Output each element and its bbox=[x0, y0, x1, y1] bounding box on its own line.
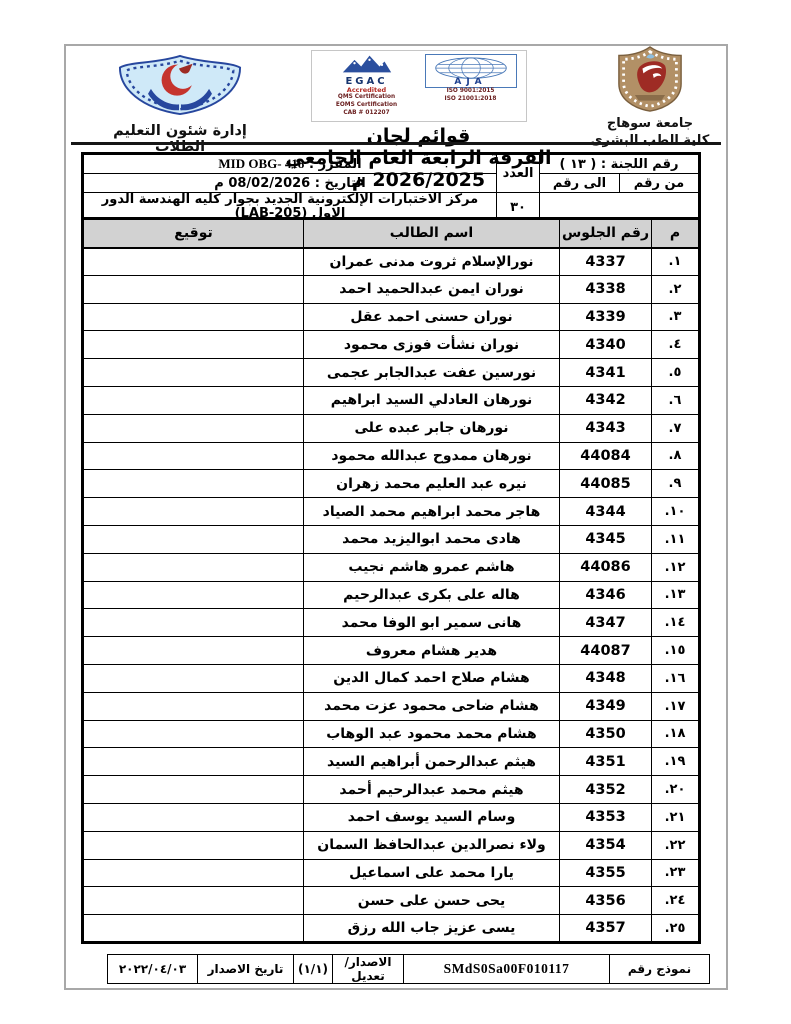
student-name-cell: نوران ايمن عبدالحميد احمد bbox=[304, 275, 560, 303]
signature-cell bbox=[83, 803, 304, 831]
student-name-cell: هيثم عبدالرحمن أبراهيم السيد bbox=[304, 748, 560, 776]
table-row: ٦.4342نورهان العادلي السيد ابراهيم bbox=[83, 386, 700, 414]
aja-globe-box: AJA bbox=[425, 54, 517, 88]
table-row: ١٣.4346هاله على بكرى عبدالرحيم bbox=[83, 581, 700, 609]
student-name-cell: يحى حسن على حسن bbox=[304, 887, 560, 915]
form-footer-table: نموذج رقم SMdS0Sa00F010117 الاصدار/تعديل… bbox=[107, 954, 710, 984]
course-cell: المقرر : MID OBG- 418 bbox=[83, 154, 497, 174]
student-rows: ١.4337نورالإسلام ثروت مدنى عمران٢.4338نو… bbox=[83, 248, 700, 943]
course-label: المقرر : bbox=[309, 157, 362, 172]
student-name-cell: نورسين عفت عبدالجابر عجمى bbox=[304, 359, 560, 387]
version-label: الاصدار/تعديل bbox=[333, 955, 404, 984]
student-name-cell: ولاء نصرالدين عبدالحافظ السمان bbox=[304, 831, 560, 859]
table-row: ٢١.4353وسام السيد يوسف احمد bbox=[83, 803, 700, 831]
index-cell: ٥. bbox=[652, 359, 700, 387]
table-row: ١٧.4349هشام ضاحى محمود عزت محمد bbox=[83, 692, 700, 720]
header-department-block: إدارة شئون التعليم الطلاب bbox=[92, 54, 268, 155]
course-value: MID OBG- 418 bbox=[218, 156, 304, 171]
col-header-student-name: اسم الطالب bbox=[304, 219, 560, 248]
signature-cell bbox=[83, 442, 304, 470]
index-cell: ١٠. bbox=[652, 498, 700, 526]
index-cell: ٢١. bbox=[652, 803, 700, 831]
index-cell: ١. bbox=[652, 248, 700, 276]
header-divider bbox=[71, 142, 721, 145]
index-cell: ١٦. bbox=[652, 664, 700, 692]
header-university-block: جامعة سوهاج كلية الطب البشرى bbox=[588, 46, 712, 150]
index-cell: ٧. bbox=[652, 414, 700, 442]
seat-number-cell: 4343 bbox=[560, 414, 652, 442]
signature-cell bbox=[83, 664, 304, 692]
signature-cell bbox=[83, 887, 304, 915]
table-row: ٢٢.4354ولاء نصرالدين عبدالحافظ السمان bbox=[83, 831, 700, 859]
table-row: ٢٥.4357يسى عزيز جاب الله رزق bbox=[83, 915, 700, 943]
seat-number-cell: 4352 bbox=[560, 776, 652, 804]
table-row: ١٦.4348هشام صلاح احمد كمال الدين bbox=[83, 664, 700, 692]
signature-cell bbox=[83, 331, 304, 359]
university-shield-icon bbox=[613, 97, 687, 116]
seat-number-cell: 44085 bbox=[560, 470, 652, 498]
table-row: ١٩.4351هيثم عبدالرحمن أبراهيم السيد bbox=[83, 748, 700, 776]
col-header-seat-number: رقم الجلوس bbox=[560, 219, 652, 248]
seat-number-cell: 4353 bbox=[560, 803, 652, 831]
egac-accredited-label: Accredited bbox=[321, 86, 413, 94]
seat-number-cell: 4344 bbox=[560, 498, 652, 526]
index-cell: ٤. bbox=[652, 331, 700, 359]
student-name-cell: هاله على بكرى عبدالرحيم bbox=[304, 581, 560, 609]
seat-number-cell: 44087 bbox=[560, 637, 652, 665]
faculty-of-medicine-logo-icon bbox=[113, 101, 247, 120]
table-row: ٤.4340نوران نشأت فوزى محمود bbox=[83, 331, 700, 359]
student-name-cell: يارا محمد على اسماعيل bbox=[304, 859, 560, 887]
student-name-cell: هشام محمد محمود عبد الوهاب bbox=[304, 720, 560, 748]
student-name-cell: وسام السيد يوسف احمد bbox=[304, 803, 560, 831]
student-name-cell: هشام صلاح احمد كمال الدين bbox=[304, 664, 560, 692]
student-name-cell: هشام ضاحى محمود عزت محمد bbox=[304, 692, 560, 720]
egac-accreditation-logo: EGAC Accredited QMS Certification EOMS C… bbox=[321, 54, 413, 117]
index-cell: ١١. bbox=[652, 525, 700, 553]
student-name-cell: نورهان ممدوح عبدالله محمود bbox=[304, 442, 560, 470]
index-cell: ٩. bbox=[652, 470, 700, 498]
signature-cell bbox=[83, 386, 304, 414]
index-cell: ١٤. bbox=[652, 609, 700, 637]
signature-cell bbox=[83, 915, 304, 943]
count-label-cell: العدد bbox=[497, 154, 540, 193]
index-cell: ١٩. bbox=[652, 748, 700, 776]
form-footer-row: نموذج رقم SMdS0Sa00F010117 الاصدار/تعديل… bbox=[108, 955, 710, 984]
student-name-cell: يسى عزيز جاب الله رزق bbox=[304, 915, 560, 943]
seat-number-cell: 4357 bbox=[560, 915, 652, 943]
seat-number-cell: 4342 bbox=[560, 386, 652, 414]
version-value: (١/١) bbox=[294, 955, 333, 984]
seat-number-cell: 4339 bbox=[560, 303, 652, 331]
index-cell: ١٧. bbox=[652, 692, 700, 720]
index-cell: ٢٠. bbox=[652, 776, 700, 804]
seat-number-cell: 4340 bbox=[560, 331, 652, 359]
signature-cell bbox=[83, 692, 304, 720]
signature-cell bbox=[83, 303, 304, 331]
table-header-row: م رقم الجلوس اسم الطالب توقيع bbox=[83, 219, 700, 248]
aja-iso-line: ISO 21001:2018 bbox=[425, 96, 517, 104]
table-row: ٨.44084نورهان ممدوح عبدالله محمود bbox=[83, 442, 700, 470]
exam-info-table: رقم اللجنة : ( ١٣ ) العدد المقرر : MID O… bbox=[81, 152, 701, 225]
seat-number-cell: 4348 bbox=[560, 664, 652, 692]
table-row: ١١.4345هادى محمد ابواليزيد محمد bbox=[83, 525, 700, 553]
signature-cell bbox=[83, 748, 304, 776]
seat-number-cell: 4338 bbox=[560, 275, 652, 303]
egac-certification-line: EOMS Certification bbox=[321, 102, 413, 110]
table-row: ١.4337نورالإسلام ثروت مدنى عمران bbox=[83, 248, 700, 276]
seat-number-cell: 44086 bbox=[560, 553, 652, 581]
signature-cell bbox=[83, 776, 304, 804]
col-header-index: م bbox=[652, 219, 700, 248]
table-row: ١٥.44087هدير هشام معروف bbox=[83, 637, 700, 665]
signature-cell bbox=[83, 275, 304, 303]
committee-number-value: ( ١٣ ) bbox=[560, 157, 597, 172]
egac-certification-line: QMS Certification bbox=[321, 94, 413, 102]
issue-date-label: تاريخ الاصدار bbox=[198, 955, 294, 984]
student-name-cell: نوران حسنى احمد عقل bbox=[304, 303, 560, 331]
signature-cell bbox=[83, 859, 304, 887]
index-cell: ٢٥. bbox=[652, 915, 700, 943]
to-number-cell: الى رقم bbox=[540, 174, 620, 193]
signature-cell bbox=[83, 498, 304, 526]
table-row: ٢٣.4355يارا محمد على اسماعيل bbox=[83, 859, 700, 887]
department-name: إدارة شئون التعليم الطلاب bbox=[92, 123, 268, 155]
index-cell: ٢٢. bbox=[652, 831, 700, 859]
student-name-cell: هاشم عمرو هاشم نجيب bbox=[304, 553, 560, 581]
seat-number-cell: 4345 bbox=[560, 525, 652, 553]
student-name-cell: نورالإسلام ثروت مدنى عمران bbox=[304, 248, 560, 276]
index-cell: ١٨. bbox=[652, 720, 700, 748]
date-value: 08/02/2026 م bbox=[214, 176, 310, 191]
table-row: ١٨.4350هشام محمد محمود عبد الوهاب bbox=[83, 720, 700, 748]
seat-number-cell: 4347 bbox=[560, 609, 652, 637]
table-row: ٢٠.4352هيثم محمد عبدالرحيم أحمد bbox=[83, 776, 700, 804]
signature-cell bbox=[83, 248, 304, 276]
signature-cell bbox=[83, 720, 304, 748]
table-row: ١٠.4344هاجر محمد ابراهيم محمد الصياد bbox=[83, 498, 700, 526]
index-cell: ٢٤. bbox=[652, 887, 700, 915]
seat-number-cell: 4341 bbox=[560, 359, 652, 387]
aja-accreditation-logo: AJA ISO 9001:2015 ISO 21001:2018 bbox=[425, 54, 517, 104]
index-cell: ١٥. bbox=[652, 637, 700, 665]
accreditation-logos: EGAC Accredited QMS Certification EOMS C… bbox=[311, 50, 527, 122]
col-header-signature: توقيع bbox=[83, 219, 304, 248]
date-cell: التاريخ : 08/02/2026 م bbox=[83, 174, 497, 193]
student-name-cell: نوران نشأت فوزى محمود bbox=[304, 331, 560, 359]
index-cell: ٦. bbox=[652, 386, 700, 414]
signature-cell bbox=[83, 581, 304, 609]
university-name: جامعة سوهاج bbox=[588, 116, 712, 133]
student-name-cell: نيره عبد العليم محمد زهران bbox=[304, 470, 560, 498]
signature-cell bbox=[83, 414, 304, 442]
table-row: ٢.4338نوران ايمن عبدالحميد احمد bbox=[83, 275, 700, 303]
signature-cell bbox=[83, 470, 304, 498]
egac-certification-line: CAB # 012207 bbox=[321, 110, 413, 118]
date-label: التاريخ : bbox=[315, 176, 366, 191]
form-number-label: نموذج رقم bbox=[610, 955, 710, 984]
table-row: ٣.4339نوران حسنى احمد عقل bbox=[83, 303, 700, 331]
signature-cell bbox=[83, 525, 304, 553]
table-row: ٥.4341نورسين عفت عبدالجابر عجمى bbox=[83, 359, 700, 387]
student-name-cell: هاجر محمد ابراهيم محمد الصياد bbox=[304, 498, 560, 526]
from-number-cell: من رقم bbox=[620, 174, 700, 193]
table-row: ١٢.44086هاشم عمرو هاشم نجيب bbox=[83, 553, 700, 581]
committee-number-cell: رقم اللجنة : ( ١٣ ) bbox=[540, 154, 700, 174]
student-name-cell: هانى سمير ابو الوفا محمد bbox=[304, 609, 560, 637]
seat-number-cell: 4346 bbox=[560, 581, 652, 609]
seat-number-cell: 4350 bbox=[560, 720, 652, 748]
signature-cell bbox=[83, 609, 304, 637]
index-cell: ٢٣. bbox=[652, 859, 700, 887]
seat-number-cell: 4351 bbox=[560, 748, 652, 776]
table-row: ٩.44085نيره عبد العليم محمد زهران bbox=[83, 470, 700, 498]
signature-cell bbox=[83, 553, 304, 581]
document-page: جامعة سوهاج كلية الطب البشرى إدارة شئون … bbox=[64, 44, 728, 990]
seat-number-cell: 4349 bbox=[560, 692, 652, 720]
issue-date-value: ٢٠٢٢/٠٤/٠٣ bbox=[108, 955, 198, 984]
seat-number-cell: 4354 bbox=[560, 831, 652, 859]
student-name-cell: هيثم محمد عبدالرحيم أحمد bbox=[304, 776, 560, 804]
student-name-cell: نورهان جابر عبده على bbox=[304, 414, 560, 442]
index-cell: ٢. bbox=[652, 275, 700, 303]
student-name-cell: نورهان العادلي السيد ابراهيم bbox=[304, 386, 560, 414]
signature-cell bbox=[83, 359, 304, 387]
aja-iso-line: ISO 9001:2015 bbox=[425, 88, 517, 96]
seat-number-cell: 4355 bbox=[560, 859, 652, 887]
signature-cell bbox=[83, 831, 304, 859]
seat-number-cell: 4337 bbox=[560, 248, 652, 276]
committee-number-label: رقم اللجنة : bbox=[601, 157, 679, 172]
seat-number-cell: 4356 bbox=[560, 887, 652, 915]
students-table: م رقم الجلوس اسم الطالب توقيع ١.4337نورا… bbox=[81, 217, 701, 944]
form-number-value: SMdS0Sa00F010117 bbox=[404, 955, 610, 984]
index-cell: ٣. bbox=[652, 303, 700, 331]
student-name-cell: هادى محمد ابواليزيد محمد bbox=[304, 525, 560, 553]
student-name-cell: هدير هشام معروف bbox=[304, 637, 560, 665]
table-row: ٢٤.4356يحى حسن على حسن bbox=[83, 887, 700, 915]
signature-cell bbox=[83, 637, 304, 665]
index-cell: ٨. bbox=[652, 442, 700, 470]
table-row: ٧.4343نورهان جابر عبده على bbox=[83, 414, 700, 442]
index-cell: ١٣. bbox=[652, 581, 700, 609]
table-row: ١٤.4347هانى سمير ابو الوفا محمد bbox=[83, 609, 700, 637]
seat-number-cell: 44084 bbox=[560, 442, 652, 470]
index-cell: ١٢. bbox=[652, 553, 700, 581]
